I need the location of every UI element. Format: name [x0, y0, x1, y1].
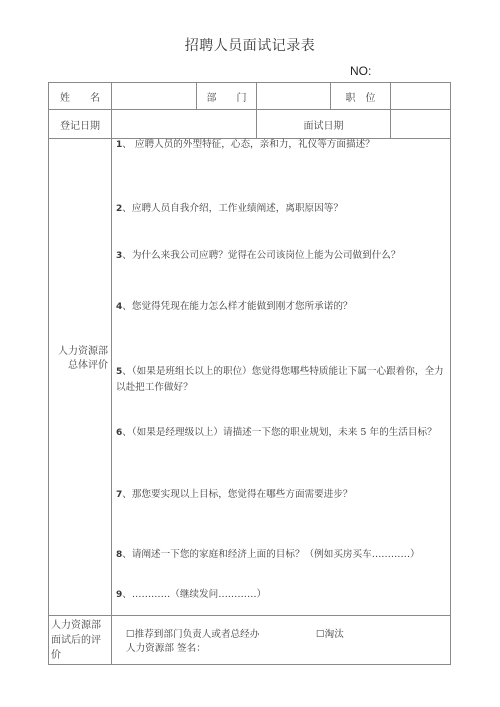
row-divider — [49, 615, 450, 616]
label-line: 人力资源部 — [51, 618, 109, 633]
question-text: 、（如果是班组长以上的职位）您觉得您哪些特质能让下属一心跟着你，全力以赴把工作做… — [116, 366, 444, 393]
document-title: 招聘人员面试记录表 — [0, 35, 500, 55]
column-divider — [111, 83, 112, 664]
name-field[interactable] — [112, 83, 196, 109]
question-text: 、请阐述一下您的家庭和经济上面的目标？（例如买房买车…………） — [122, 549, 419, 560]
question-6: 6、（如果是经理级以上）请描述一下您的职业规划，未来 5 年的生活目标？ — [116, 425, 446, 441]
question-text: 、为什么来我公司应聘？觉得在公司该岗位上能为公司做到什么？ — [122, 250, 400, 261]
label-line: 价 — [51, 648, 109, 663]
reject-checkbox[interactable]: ☐淘汰 — [316, 627, 396, 642]
label-line: 面试后的评 — [51, 633, 109, 648]
form-number-label: NO: — [350, 64, 371, 78]
department-field[interactable] — [257, 83, 330, 109]
question-text: 、 应聘人员的外型特征，心态，亲和力，礼仪等方面描述？ — [122, 139, 375, 150]
department-label: 部 门 — [197, 83, 256, 109]
question-2: 2、应聘人员自我介绍，工作业绩阐述，离职原因等？ — [116, 201, 446, 217]
question-text: 、应聘人员自我介绍，工作业绩阐述，离职原因等？ — [122, 203, 343, 214]
label-line: 总体评价 — [52, 359, 108, 373]
interview-date-field[interactable] — [391, 110, 450, 138]
question-1: 1、 应聘人员的外型特征，心态，亲和力，礼仪等方面描述？ — [116, 137, 446, 153]
question-4: 4、您觉得凭现在能力怎么样才能做到刚才您所承诺的？ — [116, 299, 446, 315]
hr-signature-label: 人力资源部 签名： — [126, 641, 326, 656]
question-text: 、…………（继续发问…………） — [122, 589, 266, 600]
question-8: 8、请阐述一下您的家庭和经济上面的目标？（例如买房买车…………） — [116, 547, 446, 563]
position-label: 职 位 — [331, 83, 390, 109]
register-date-label: 登记日期 — [49, 110, 111, 138]
question-text: 、那您要实现以上目标，您觉得在哪些方面需要进步？ — [122, 489, 352, 500]
question-9: 9、…………（继续发问…………） — [116, 587, 446, 603]
register-date-field[interactable] — [112, 110, 256, 138]
hr-overall-evaluation-label: 人力资源部 总体评价 — [52, 345, 108, 373]
question-text: 、（如果是经理级以上）请描述一下您的职业规划，未来 5 年的生活目标？ — [122, 427, 436, 438]
question-3: 3、为什么来我公司应聘？觉得在公司该岗位上能为公司做到什么？ — [116, 248, 446, 264]
recommend-checkbox[interactable]: ☐推荐到部门负责人或者总经办 — [126, 627, 306, 642]
position-field[interactable] — [391, 83, 450, 109]
question-7: 7、那您要实现以上目标，您觉得在哪些方面需要进步？ — [116, 487, 446, 503]
post-interview-evaluation-label: 人力资源部 面试后的评 价 — [51, 618, 109, 663]
question-text: 、您觉得凭现在能力怎么样才能做到刚才您所承诺的？ — [122, 301, 352, 312]
interview-date-label: 面试日期 — [257, 110, 390, 138]
question-5: 5、（如果是班组长以上的职位）您觉得您哪些特质能让下属一心跟着你，全力以赴把工作… — [116, 364, 446, 395]
name-label: 姓 名 — [49, 83, 111, 109]
label-line: 人力资源部 — [52, 345, 108, 359]
